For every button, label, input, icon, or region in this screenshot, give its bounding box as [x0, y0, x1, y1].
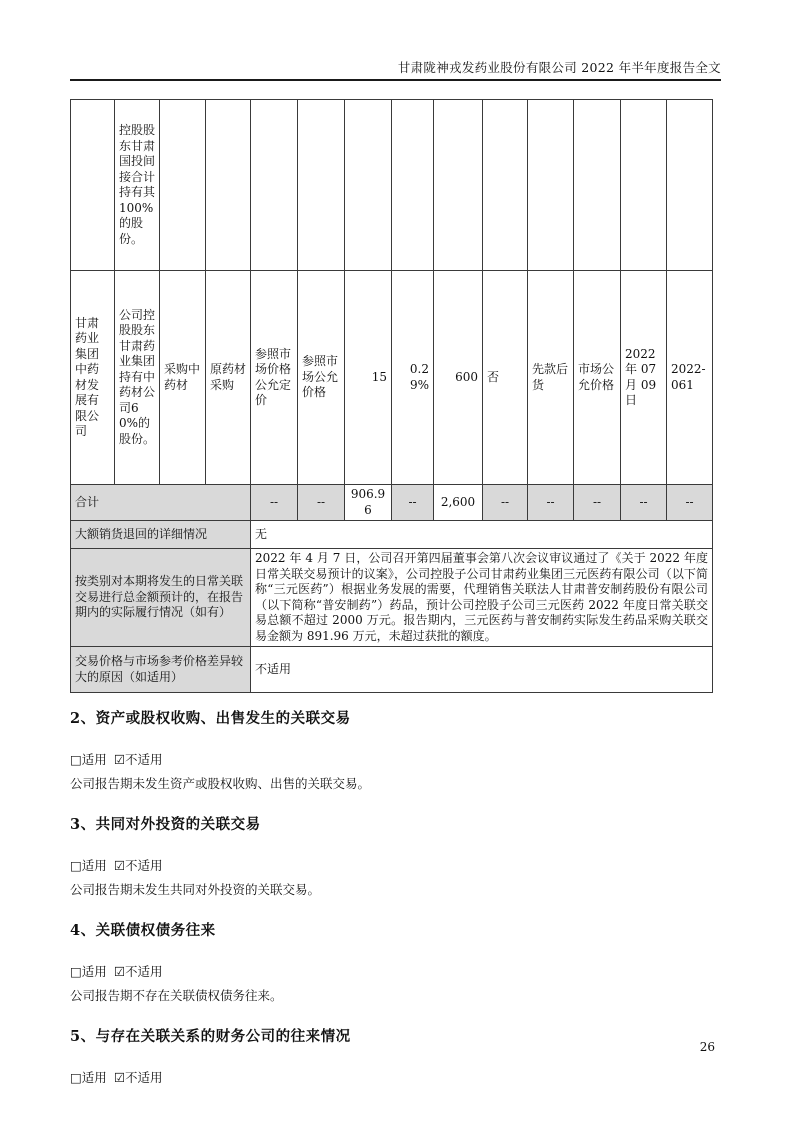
- cell-settlement-method: 先款后货: [528, 271, 574, 485]
- checkbox-checked-not-applicable: ☑不适用: [114, 964, 163, 979]
- checkbox-unchecked-applicable: □适用: [70, 1070, 107, 1085]
- total-cell-amount: 906.96: [345, 485, 392, 521]
- checkbox-unchecked-applicable: □适用: [70, 752, 107, 767]
- cell-party: 甘肃药业集团中药材发展有限公司: [71, 271, 115, 485]
- checkbox-checked-not-applicable: ☑不适用: [114, 752, 163, 767]
- cell-empty: [483, 100, 528, 271]
- cell-transaction-price: 参照市场公允价格: [298, 271, 345, 485]
- total-cell: --: [574, 485, 621, 521]
- cell-empty: [298, 100, 345, 271]
- cell-disclosure-date: 2022 年 07 月 09 日: [621, 271, 667, 485]
- actual-performance-label: 按类别对本期将发生的日常关联交易进行总金额预计的，在报告期内的实际履行情况（如有…: [71, 549, 251, 647]
- checkbox-checked-not-applicable: ☑不适用: [114, 1070, 163, 1085]
- cell-pricing-principle: 参照市场价格公允定价: [251, 271, 298, 485]
- cell-transaction-amount: 15: [345, 271, 392, 485]
- table-row-carryover: 控股股东甘肃国投间接合计持有其100%的股份。: [71, 100, 713, 271]
- total-cell: --: [298, 485, 345, 521]
- total-cell: --: [621, 485, 667, 521]
- table-row-actual-performance: 按类别对本期将发生的日常关联交易进行总金额预计的，在报告期内的实际履行情况（如有…: [71, 549, 713, 647]
- cell-empty: [434, 100, 483, 271]
- total-cell: --: [483, 485, 528, 521]
- checkbox-unchecked-applicable: □适用: [70, 858, 107, 873]
- applicability-line: □适用☑不适用: [70, 856, 721, 874]
- section-body: 公司报告期未发生共同对外投资的关联交易。: [70, 880, 721, 898]
- cell-empty: [528, 100, 574, 271]
- section-heading-3: 3、共同对外投资的关联交易: [70, 813, 721, 834]
- cell-empty: [621, 100, 667, 271]
- cell-empty: [160, 100, 206, 271]
- total-label: 合计: [71, 485, 251, 521]
- price-difference-value: 不适用: [251, 647, 713, 693]
- section-heading-4: 4、关联债权债务往来: [70, 919, 721, 940]
- table-row-total: 合计 -- -- 906.96 -- 2,600 -- -- -- -- --: [71, 485, 713, 521]
- page-number: 26: [700, 1040, 715, 1054]
- cell-empty: [667, 100, 713, 271]
- cell-transaction-content: 原药材采购: [206, 271, 251, 485]
- total-cell: --: [392, 485, 434, 521]
- actual-performance-value: 2022 年 4 月 7 日，公司召开第四届董事会第八次会议审议通过了《关于 2…: [251, 549, 713, 647]
- cell-empty: [345, 100, 392, 271]
- total-cell: --: [528, 485, 574, 521]
- section-heading-2: 2、资产或股权收购、出售发生的关联交易: [70, 707, 721, 728]
- cell-carryover-relationship: 控股股东甘肃国投间接合计持有其100%的股份。: [115, 100, 160, 271]
- cell-exceeds-quota: 否: [483, 271, 528, 485]
- related-party-transactions-table: 控股股东甘肃国投间接合计持有其100%的股份。 甘肃药业集团中药材发展有限公司: [70, 99, 713, 693]
- checkbox-unchecked-applicable: □适用: [70, 964, 107, 979]
- checkbox-checked-not-applicable: ☑不适用: [114, 858, 163, 873]
- section-body: 公司报告期未发生资产或股权收购、出售的关联交易。: [70, 774, 721, 792]
- cell-ratio: 0.29%: [392, 271, 434, 485]
- cell-relationship: 公司控股股东甘肃药业集团持有中药材公司60%的股份。: [115, 271, 160, 485]
- section-heading-5: 5、与存在关联关系的财务公司的往来情况: [70, 1025, 721, 1046]
- total-cell-quota: 2,600: [434, 485, 483, 521]
- cell-empty: [206, 100, 251, 271]
- cell-empty: [251, 100, 298, 271]
- cell-disclosure-index: 2022-061: [667, 271, 713, 485]
- table-row-sales-return: 大额销货退回的详细情况 无: [71, 521, 713, 549]
- sales-return-label: 大额销货退回的详细情况: [71, 521, 251, 549]
- applicability-line: □适用☑不适用: [70, 1068, 721, 1086]
- price-difference-label: 交易价格与市场参考价格差异较大的原因（如适用）: [71, 647, 251, 693]
- header-title: 甘肃陇神戎发药业股份有限公司 2022 年半年度报告全文: [70, 0, 721, 76]
- cell-market-price: 市场公允价格: [574, 271, 621, 485]
- cell-empty: [71, 100, 115, 271]
- table-row-transaction: 甘肃药业集团中药材发展有限公司 公司控股股东甘肃药业集团持有中药材公司60%的股…: [71, 271, 713, 485]
- sales-return-value: 无: [251, 521, 713, 549]
- report-page: 甘肃陇神戎发药业股份有限公司 2022 年半年度报告全文 控股股东甘肃国投间接合…: [0, 0, 793, 1122]
- total-cell: --: [251, 485, 298, 521]
- header-rule: [70, 79, 721, 81]
- applicability-line: □适用☑不适用: [70, 750, 721, 768]
- cell-approved-quota: 600: [434, 271, 483, 485]
- page-content: 甘肃陇神戎发药业股份有限公司 2022 年半年度报告全文 控股股东甘肃国投间接合…: [70, 0, 721, 1086]
- table-row-price-difference: 交易价格与市场参考价格差异较大的原因（如适用） 不适用: [71, 647, 713, 693]
- section-body: 公司报告期不存在关联债权债务往来。: [70, 986, 721, 1004]
- cell-empty: [574, 100, 621, 271]
- cell-transaction-type: 采购中药材: [160, 271, 206, 485]
- applicability-line: □适用☑不适用: [70, 962, 721, 980]
- total-cell: --: [667, 485, 713, 521]
- cell-empty: [392, 100, 434, 271]
